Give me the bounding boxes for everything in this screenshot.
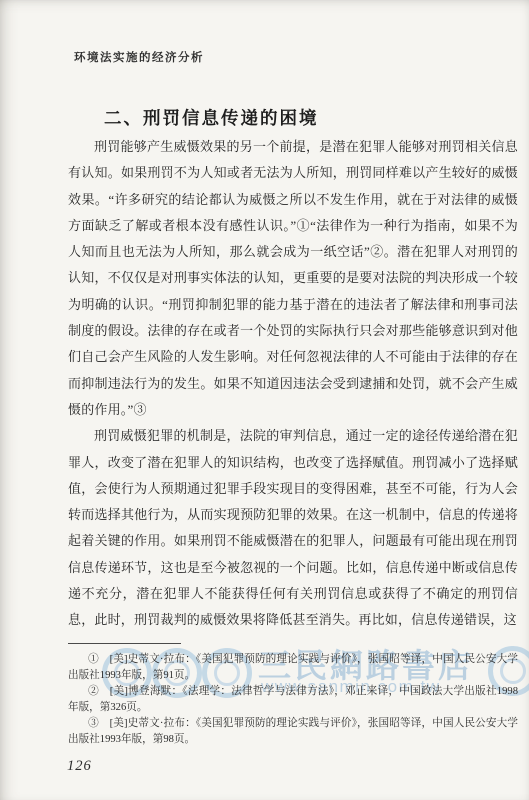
footnote-2: ② [美]博登海默：《法理学：法律哲学与法律方法》，邓正来译，中国政法大学出版社… — [68, 684, 518, 716]
footnote-separator-rule — [68, 643, 181, 644]
footnote-1: ① [美]史蒂文·拉布：《美国犯罪预防的理论实践与评价》，张国昭等译，中国人民公… — [68, 652, 518, 684]
running-head: 环境法实施的经济分析 — [74, 49, 204, 65]
footnotes-block: ① [美]史蒂文·拉布：《美国犯罪预防的理论实践与评价》，张国昭等译，中国人民公… — [68, 652, 518, 748]
scanned-book-page: 三民網路書店 www.sanmin.com.tw 环境法实施的经济分析 二、刑罚… — [0, 0, 529, 800]
body-paragraph-1: 刑罚能够产生威慑效果的另一个前提，是潜在犯罪人能够对刑罚相关信息有认知。如果刑罚… — [68, 134, 518, 423]
section-heading: 二、刑罚信息传递的困境 — [104, 105, 319, 130]
body-text-block: 刑罚能够产生威慑效果的另一个前提，是潜在犯罪人能够对刑罚相关信息有认知。如果刑罚… — [68, 134, 518, 634]
page-number: 126 — [67, 758, 92, 775]
body-paragraph-2: 刑罚威慑犯罪的机制是，法院的审判信息，通过一定的途径传递给潜在犯罪人，改变了潜在… — [68, 423, 518, 633]
footnote-3: ③ [美]史蒂文·拉布：《美国犯罪预防的理论实践与评价》，张国昭等译，中国人民公… — [68, 716, 518, 748]
